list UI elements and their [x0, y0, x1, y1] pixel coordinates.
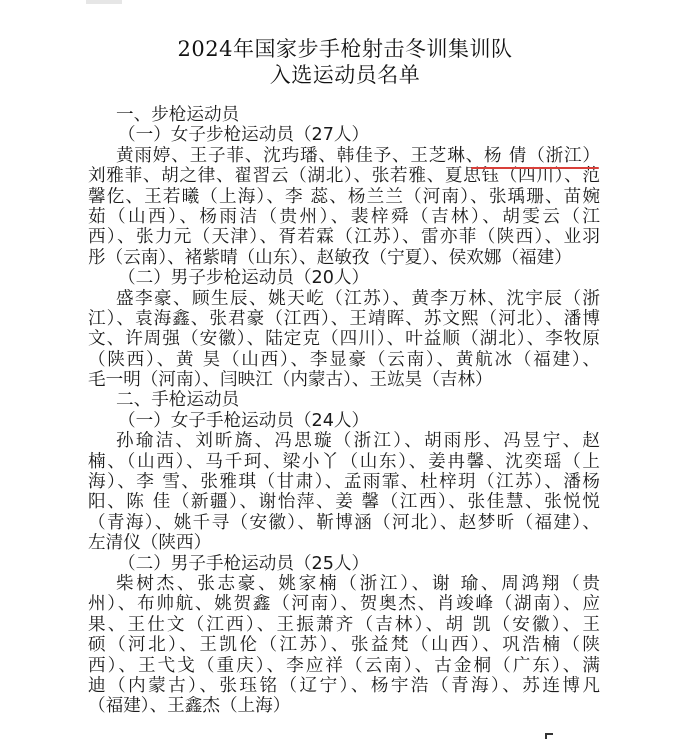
roster-line: 阳、陈 佳（新疆）、谢怡萍、姜 馨（江西）、张佳慧、张悦悦 [88, 492, 600, 512]
roster-line: 西）、张力元（天津）、胥若霖（江苏）、雷亦菲（陕西）、业羽 [88, 227, 600, 247]
roster-line: 刘雅菲、胡之律、翟習云（湖北）、张若雅、夏思钰（四川）、范 [88, 166, 600, 186]
roster-line: 楠、（山西）、马千珂、梁小丫（山东）、姜冉馨、沈奕瑶（上 [88, 452, 600, 472]
section-heading-rifle: 一、步枪运动员 [88, 105, 600, 125]
red-highlight-underline [471, 167, 599, 169]
document-title-line2: 入选运动员名单 [0, 62, 690, 88]
roster-line: 江）、袁海鑫、张君豪（江西）、王靖晖、苏文熙（河北）、潘博 [88, 309, 600, 329]
roster-line: 海）、李 雪、张雅琪（甘肃）、孟雨霏、杜梓玥（江苏）、潘杨 [88, 472, 600, 492]
roster-line: （陕西）、黄 昊（山西）、李显豪（云南）、黄航冰（福建）、 [88, 350, 600, 370]
roster-line: （福建）、王鑫杰（上海） [88, 696, 600, 716]
roster-line: （青海）、姚千寻（安徽）、靳博涵（河北）、赵梦昕（福建）、 [88, 513, 600, 533]
roster-line: 文、许周强（安徽）、陆定克（四川）、叶益顺（湖北）、李牧原 [88, 329, 600, 349]
roster-line: 州）、布帅航、姚贺鑫（河南）、贺奥杰、肖竣峰（湖南）、应 [88, 594, 600, 614]
scan-artifact [86, 0, 122, 4]
roster-line: 馨仡、王若曦（上海）、李 蕊、杨兰兰（河南）、张瑀珊、苗婉 [88, 187, 600, 207]
document-body: 一、步枪运动员 （一）女子步枪运动员（27人） 黄雨婷、王子菲、沈玙璠、韩佳予、… [88, 105, 600, 717]
subheading-women-pistol: （一）女子手枪运动员（24人） [88, 411, 600, 431]
roster-line: 柴树杰、张志豪、姚家楠（浙江）、谢 瑜、周鸿翔（贵 [88, 574, 600, 594]
subheading-men-pistol: （二）男子手枪运动员（25人） [88, 554, 600, 574]
roster-line: 果、王仕文（江西）、王振萧齐（吉林）、胡 凯（安徽）、王 [88, 615, 600, 635]
document-page: 2024年国家步手枪射击冬训集训队 入选运动员名单 一、步枪运动员 （一）女子步… [0, 0, 690, 739]
roster-line: 彤（云南）、褚紫晴（山东）、赵敏孜（宁夏）、侯欢娜（福建） [88, 248, 600, 268]
document-title-line1: 2024年国家步手枪射击冬训集训队 [0, 36, 690, 62]
roster-line: 黄雨婷、王子菲、沈玙璠、韩佳予、王芝琳、杨 倩（浙江） [88, 146, 600, 166]
roster-line: 硕（河北）、王凯伦（江苏）、张益梵（山西）、巩浩楠（陕 [88, 635, 600, 655]
section-heading-pistol: 二、手枪运动员 [88, 390, 600, 410]
roster-line: 茹（山西）、杨雨洁（贵州）、裴梓舜（吉林）、胡雯云（江 [88, 207, 600, 227]
roster-line: 孙瑜洁、刘昕旖、冯思璇（浙江）、胡雨彤、冯昱宁、赵 [88, 431, 600, 451]
roster-line: 盛李豪、顾生辰、姚天屹（江苏）、黄李万林、沈宇辰（浙 [88, 289, 600, 309]
page-corner-mark [545, 733, 553, 739]
roster-line: 左清仪（陕西） [88, 533, 600, 553]
roster-line: 西）、王弋戈（重庆）、李应祥（云南）、古金桐（广东）、满 [88, 656, 600, 676]
subheading-women-rifle: （一）女子步枪运动员（27人） [88, 125, 600, 145]
roster-line: 迪（内蒙古）、张珏铭（辽宁）、杨宇浩（青海）、苏连博凡 [88, 676, 600, 696]
subheading-men-rifle: （二）男子步枪运动员（20人） [88, 268, 600, 288]
roster-line: 毛一明（河南）、闫映江（内蒙古）、王竑昊（吉林） [88, 370, 600, 390]
